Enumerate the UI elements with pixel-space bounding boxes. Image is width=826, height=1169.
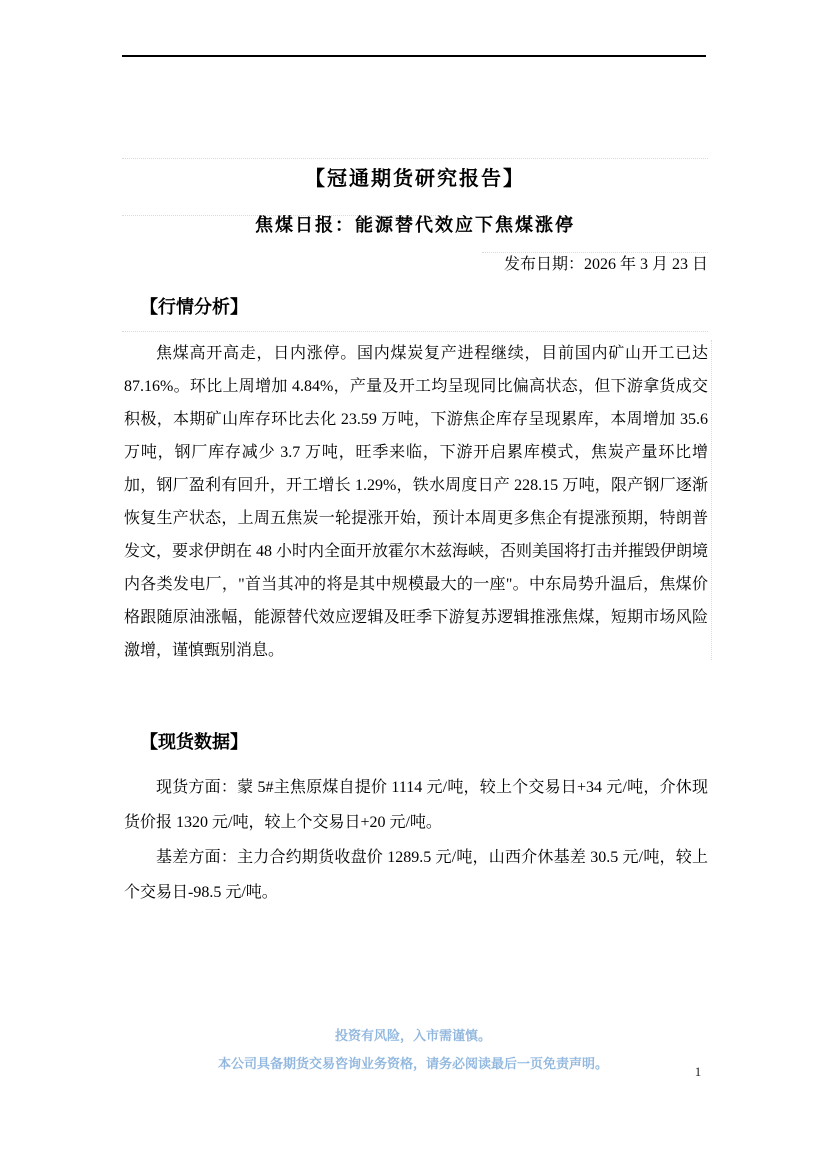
report-title: 【冠通期货研究报告】 (122, 162, 708, 191)
text-boundary-line (122, 331, 708, 332)
basis-paragraph: 基差方面：主力合约期货收盘价 1289.5 元/吨，山西介休基差 30.5 元/… (124, 840, 708, 910)
publish-date: 发布日期：2026 年 3 月 23 日 (122, 251, 708, 274)
header-rule (122, 55, 706, 57)
report-page: 【冠通期货研究报告】 焦煤日报：能源替代效应下焦煤涨停 发布日期：2026 年 … (0, 0, 826, 1169)
page-number: 1 (688, 1064, 708, 1080)
section-heading-market-analysis: 【行情分析】 (140, 293, 708, 319)
text-boundary-line (711, 340, 712, 660)
report-subtitle: 焦煤日报：能源替代效应下焦煤涨停 (122, 211, 708, 237)
disclaimer-line-risk: 投资有风险，入市需谨慎。 (0, 1022, 826, 1050)
market-analysis-paragraph: 焦煤高开高走，日内涨停。国内煤炭复产进程继续，目前国内矿山开工已达 87.16%… (124, 337, 708, 667)
section-heading-spot-data: 【现货数据】 (140, 728, 708, 754)
spot-price-paragraph: 现货方面：蒙 5#主焦原煤自提价 1114 元/吨，较上个交易日+34 元/吨，… (124, 770, 708, 840)
text-boundary-line (122, 158, 708, 159)
